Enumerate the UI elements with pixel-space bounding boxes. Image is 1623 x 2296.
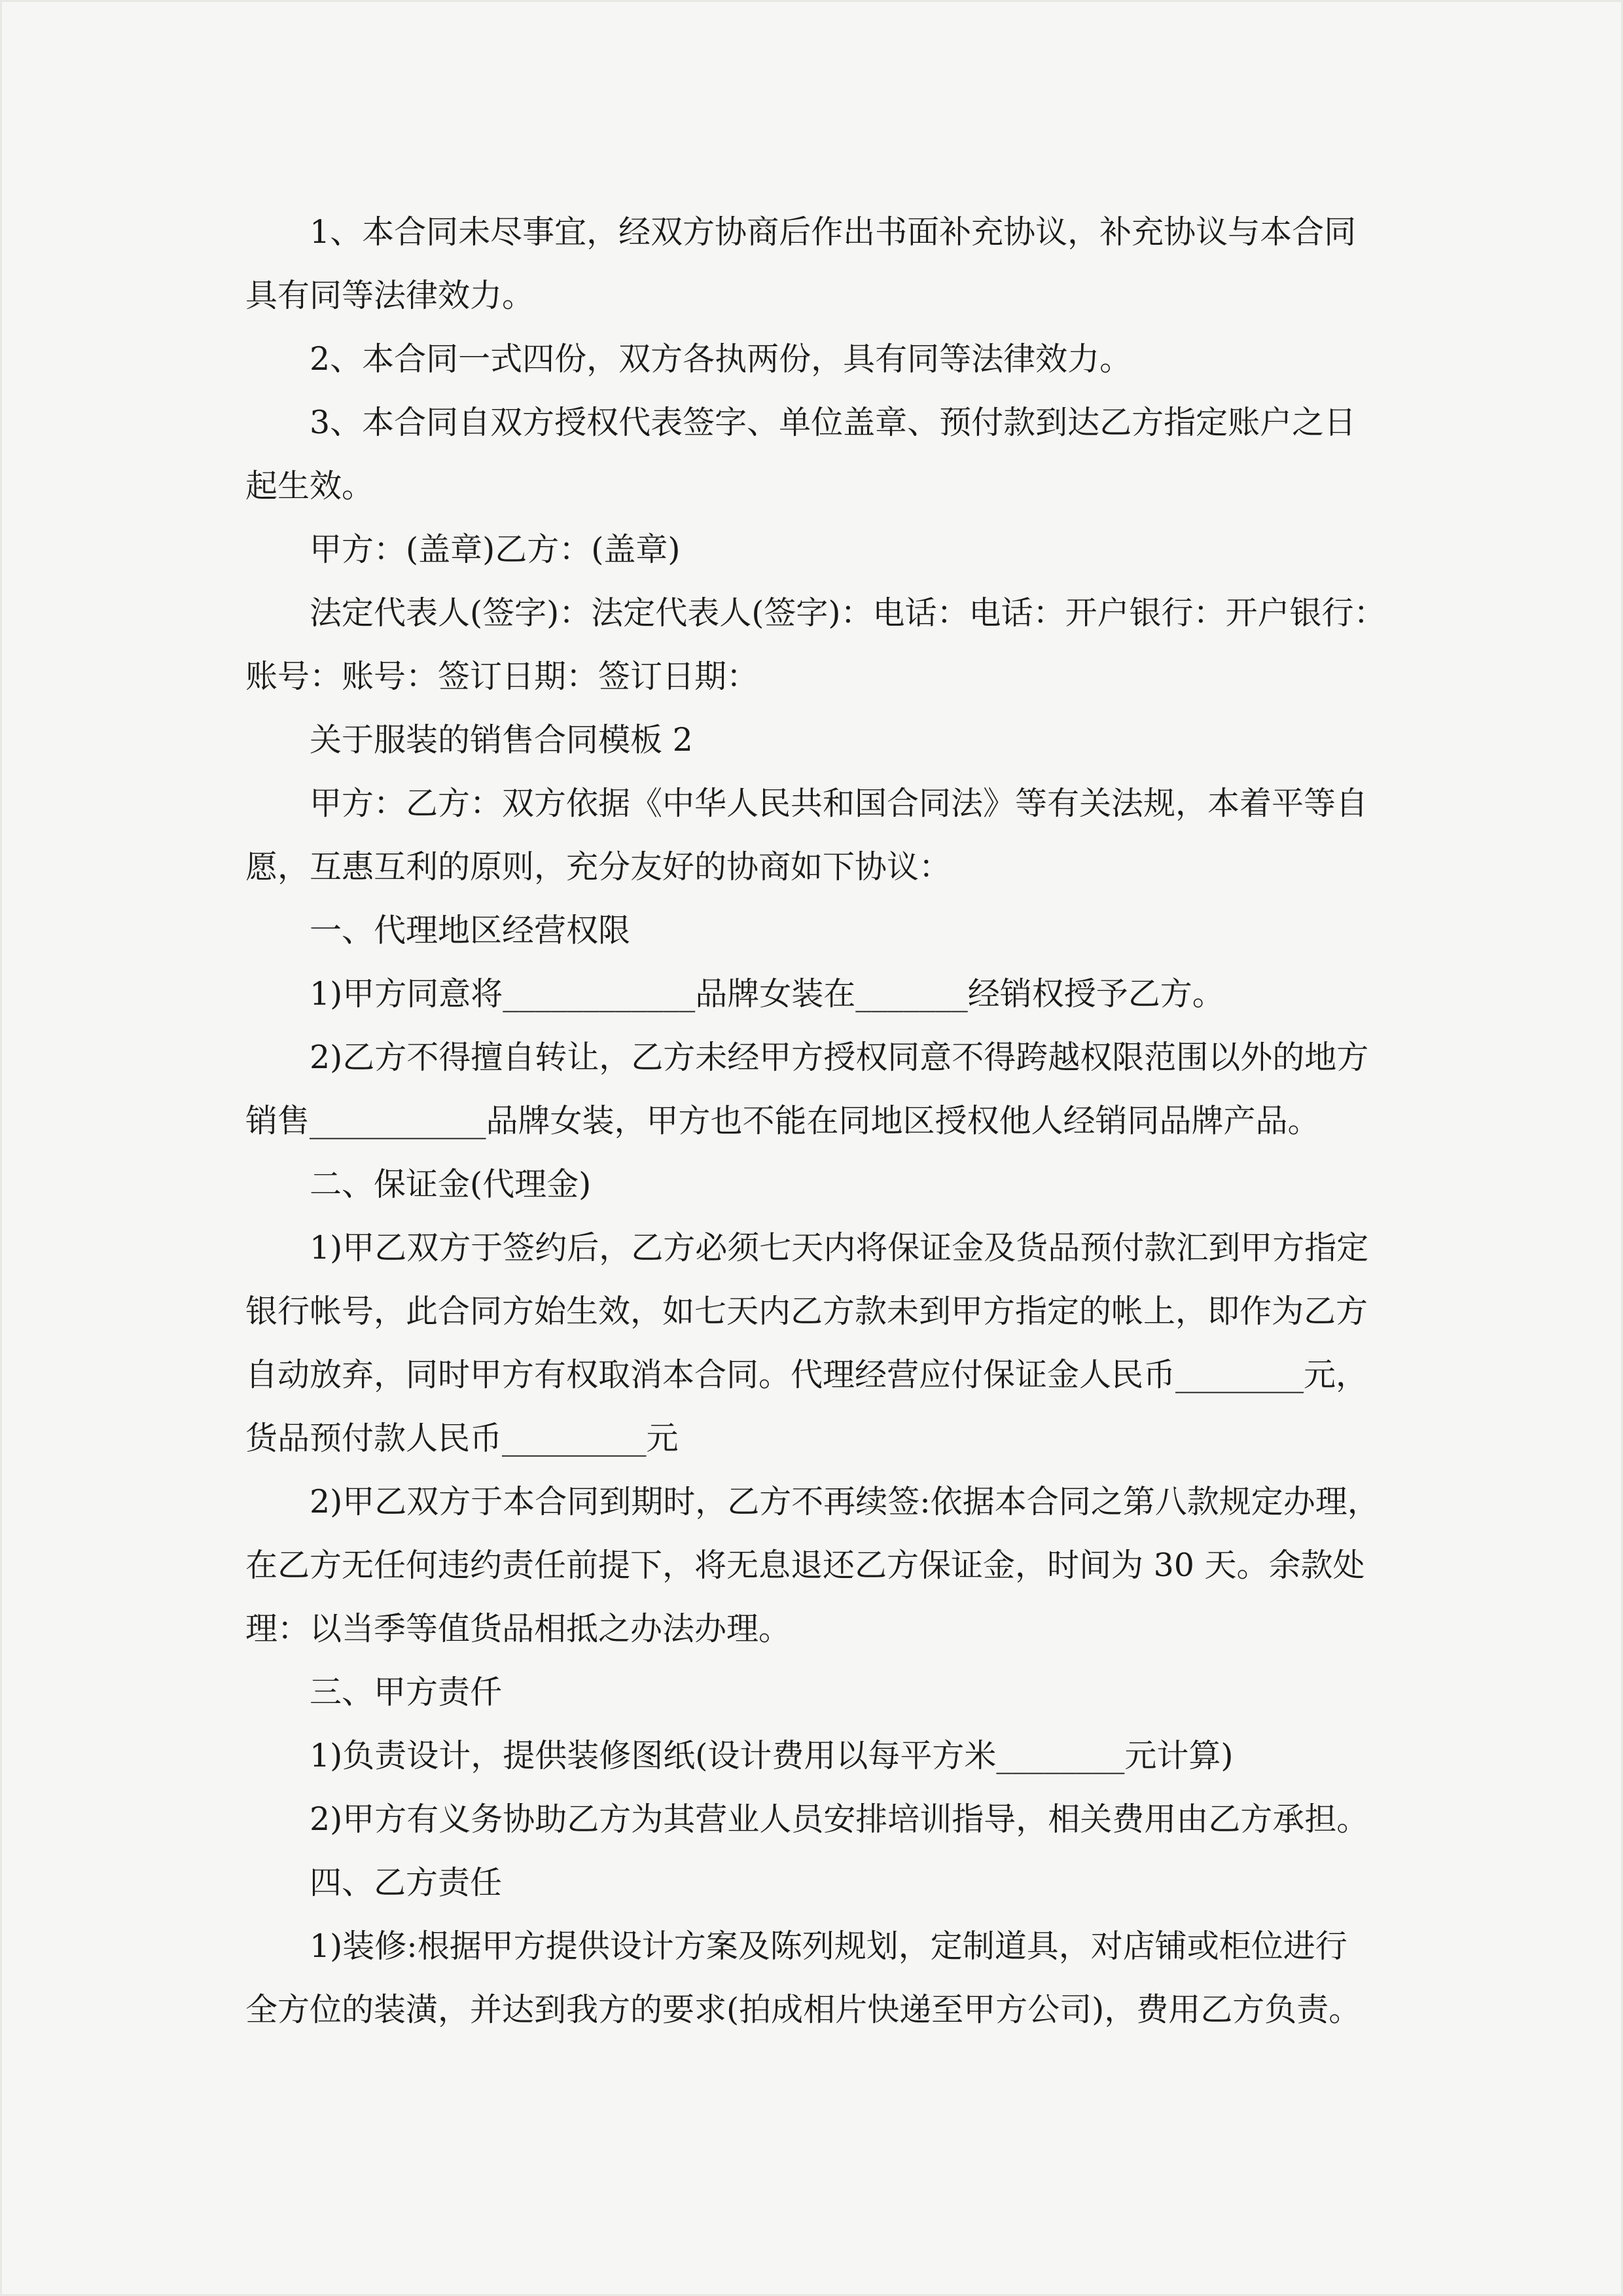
document-line: 理：以当季等值货品相抵之办法办理。 — [245, 1597, 1378, 1660]
document-line: 三、甲方责仟 — [245, 1660, 1378, 1724]
template-2-preamble: 甲方：乙方：双方依据《中华人民共和国合同法》等有关法规，本着平等自愿，互惠互利的… — [245, 772, 1378, 899]
section-4-item-1: 1)装修:根据甲方提供设计方案及陈列规划，定制道具，对店铺或柜位进行全方位的装潢… — [245, 1914, 1378, 2041]
document-line: 在乙方无任何违约责任前提下，将无息退还乙方保证金，时间为 30 天。余款处 — [245, 1534, 1378, 1597]
document-line: 3、本合同自双方授权代表签字、单位盖章、预付款到达乙方指定账户之日 — [245, 391, 1378, 454]
section-4-heading: 四、乙方责任 — [245, 1851, 1378, 1914]
document-line: 一、代理地区经营权限 — [245, 899, 1378, 962]
document-body: 1、本合同未尽事宜，经双方协商后作出书面补充协议，补充协议与本合同具有同等法律效… — [245, 200, 1378, 2041]
document-line: 1、本合同未尽事宜，经双方协商后作出书面补充协议，补充协议与本合同 — [245, 200, 1378, 264]
misc-clause-1: 1、本合同未尽事宜，经双方协商后作出书面补充协议，补充协议与本合同具有同等法律效… — [245, 200, 1378, 327]
document-line: 起生效。 — [245, 454, 1378, 518]
section-1-item-2: 2)乙方不得擅自转让，乙方未经甲方授权同意不得跨越权限范围以外的地方销售____… — [245, 1026, 1378, 1153]
document-line: 1)负责设计，提供装修图纸(设计费用以每平方米________元计算) — [245, 1724, 1378, 1787]
document-line: 银行帐号，此合同方始生效，如七天内乙方款未到甲方指定的帐上，即作为乙方 — [245, 1280, 1378, 1343]
document-line: 账号：账号：签订日期：签订日期： — [245, 645, 1378, 708]
document-line: 自动放弃，同时甲方有权取消本合同。代理经营应付保证金人民币________元， — [245, 1343, 1378, 1407]
template-2-title: 关于服装的销售合同模板 2 — [245, 708, 1378, 772]
document-line: 甲方：乙方：双方依据《中华人民共和国合同法》等有关法规，本着平等自 — [245, 772, 1378, 835]
document-line: 愿，互惠互利的原则，充分友好的协商如下协议： — [245, 835, 1378, 899]
document-line: 二、保证金(代理金) — [245, 1153, 1378, 1216]
misc-clause-3: 3、本合同自双方授权代表签字、单位盖章、预付款到达乙方指定账户之日起生效。 — [245, 391, 1378, 518]
section-2-item-1: 1)甲乙双方于签约后，乙方必须七天内将保证金及货品预付款汇到甲方指定银行帐号，此… — [245, 1216, 1378, 1470]
document-line: 2、本合同一式四份，双方各执两份，具有同等法律效力。 — [245, 327, 1378, 391]
section-3-item-2: 2)甲方有义务协助乙方为其营业人员安排培训指导，相关费用由乙方承担。 — [245, 1787, 1378, 1851]
section-2-item-2: 2)甲乙双方于本合同到期时，乙方不再续签:依据本合同之第八款规定办理，在乙方无任… — [245, 1470, 1378, 1660]
section-3-heading: 三、甲方责仟 — [245, 1660, 1378, 1724]
misc-clause-2: 2、本合同一式四份，双方各执两份，具有同等法律效力。 — [245, 327, 1378, 391]
document-line: 1)甲乙双方于签约后，乙方必须七天内将保证金及货品预付款汇到甲方指定 — [245, 1216, 1378, 1280]
section-2-heading: 二、保证金(代理金) — [245, 1153, 1378, 1216]
document-line: 四、乙方责任 — [245, 1851, 1378, 1914]
document-line: 全方位的装潢，并达到我方的要求(拍成相片快递至甲方公司)，费用乙方负责。 — [245, 1978, 1378, 2041]
document-line: 法定代表人(签字)：法定代表人(签字)：电话：电话：开户银行：开户银行： — [245, 581, 1378, 645]
document-line: 销售___________品牌女装，甲方也不能在同地区授权他人经销同品牌产品。 — [245, 1089, 1378, 1153]
document-line: 具有同等法律效力。 — [245, 264, 1378, 327]
document-line: 货品预付款人民币_________元 — [245, 1407, 1378, 1470]
signature-seal-line: 甲方：(盖章)乙方：(盖章) — [245, 518, 1378, 581]
document-line: 2)乙方不得擅自转让，乙方未经甲方授权同意不得跨越权限范围以外的地方 — [245, 1026, 1378, 1089]
document-line: 1)甲方同意将____________品牌女装在_______经销权授予乙方。 — [245, 962, 1378, 1026]
section-1-heading: 一、代理地区经营权限 — [245, 899, 1378, 962]
section-1-item-1: 1)甲方同意将____________品牌女装在_______经销权授予乙方。 — [245, 962, 1378, 1026]
document-line: 2)甲方有义务协助乙方为其营业人员安排培训指导，相关费用由乙方承担。 — [245, 1787, 1378, 1851]
document-page: 1、本合同未尽事宜，经双方协商后作出书面补充协议，补充协议与本合同具有同等法律效… — [0, 0, 1623, 2296]
document-line: 2)甲乙双方于本合同到期时，乙方不再续签:依据本合同之第八款规定办理， — [245, 1470, 1378, 1534]
document-line: 甲方：(盖章)乙方：(盖章) — [245, 518, 1378, 581]
document-line: 1)装修:根据甲方提供设计方案及陈列规划，定制道具，对店铺或柜位进行 — [245, 1914, 1378, 1978]
signature-details: 法定代表人(签字)：法定代表人(签字)：电话：电话：开户银行：开户银行：账号：账… — [245, 581, 1378, 708]
section-3-item-1: 1)负责设计，提供装修图纸(设计费用以每平方米________元计算) — [245, 1724, 1378, 1787]
document-line: 关于服装的销售合同模板 2 — [245, 708, 1378, 772]
